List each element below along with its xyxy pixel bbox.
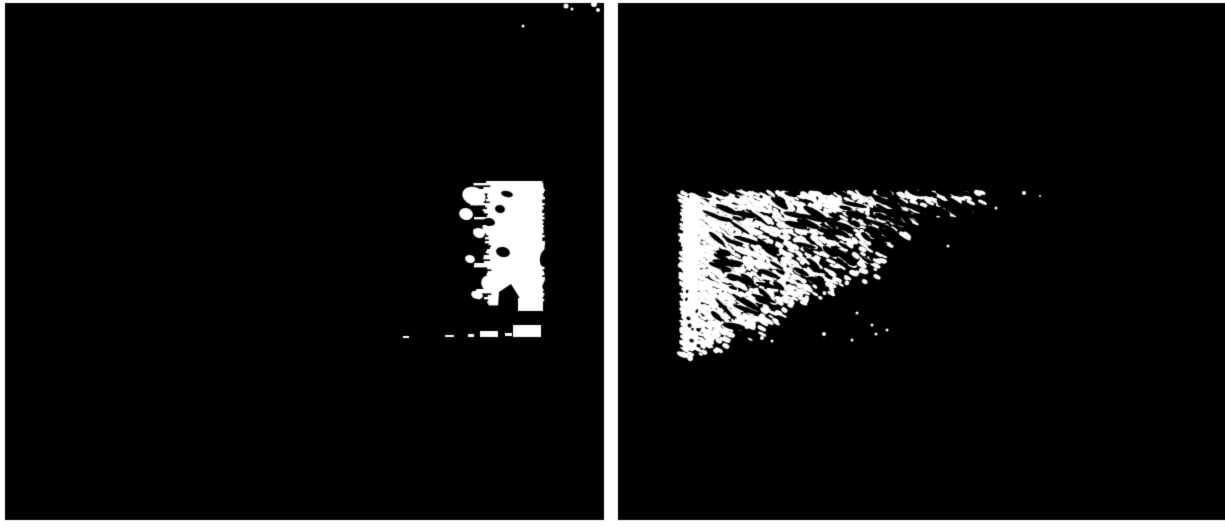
- right-binary-panel: [618, 3, 1225, 520]
- left-binary-panel: [5, 3, 604, 520]
- panel-divider: [604, 0, 618, 528]
- binary-image-pair-figure: [0, 0, 1225, 528]
